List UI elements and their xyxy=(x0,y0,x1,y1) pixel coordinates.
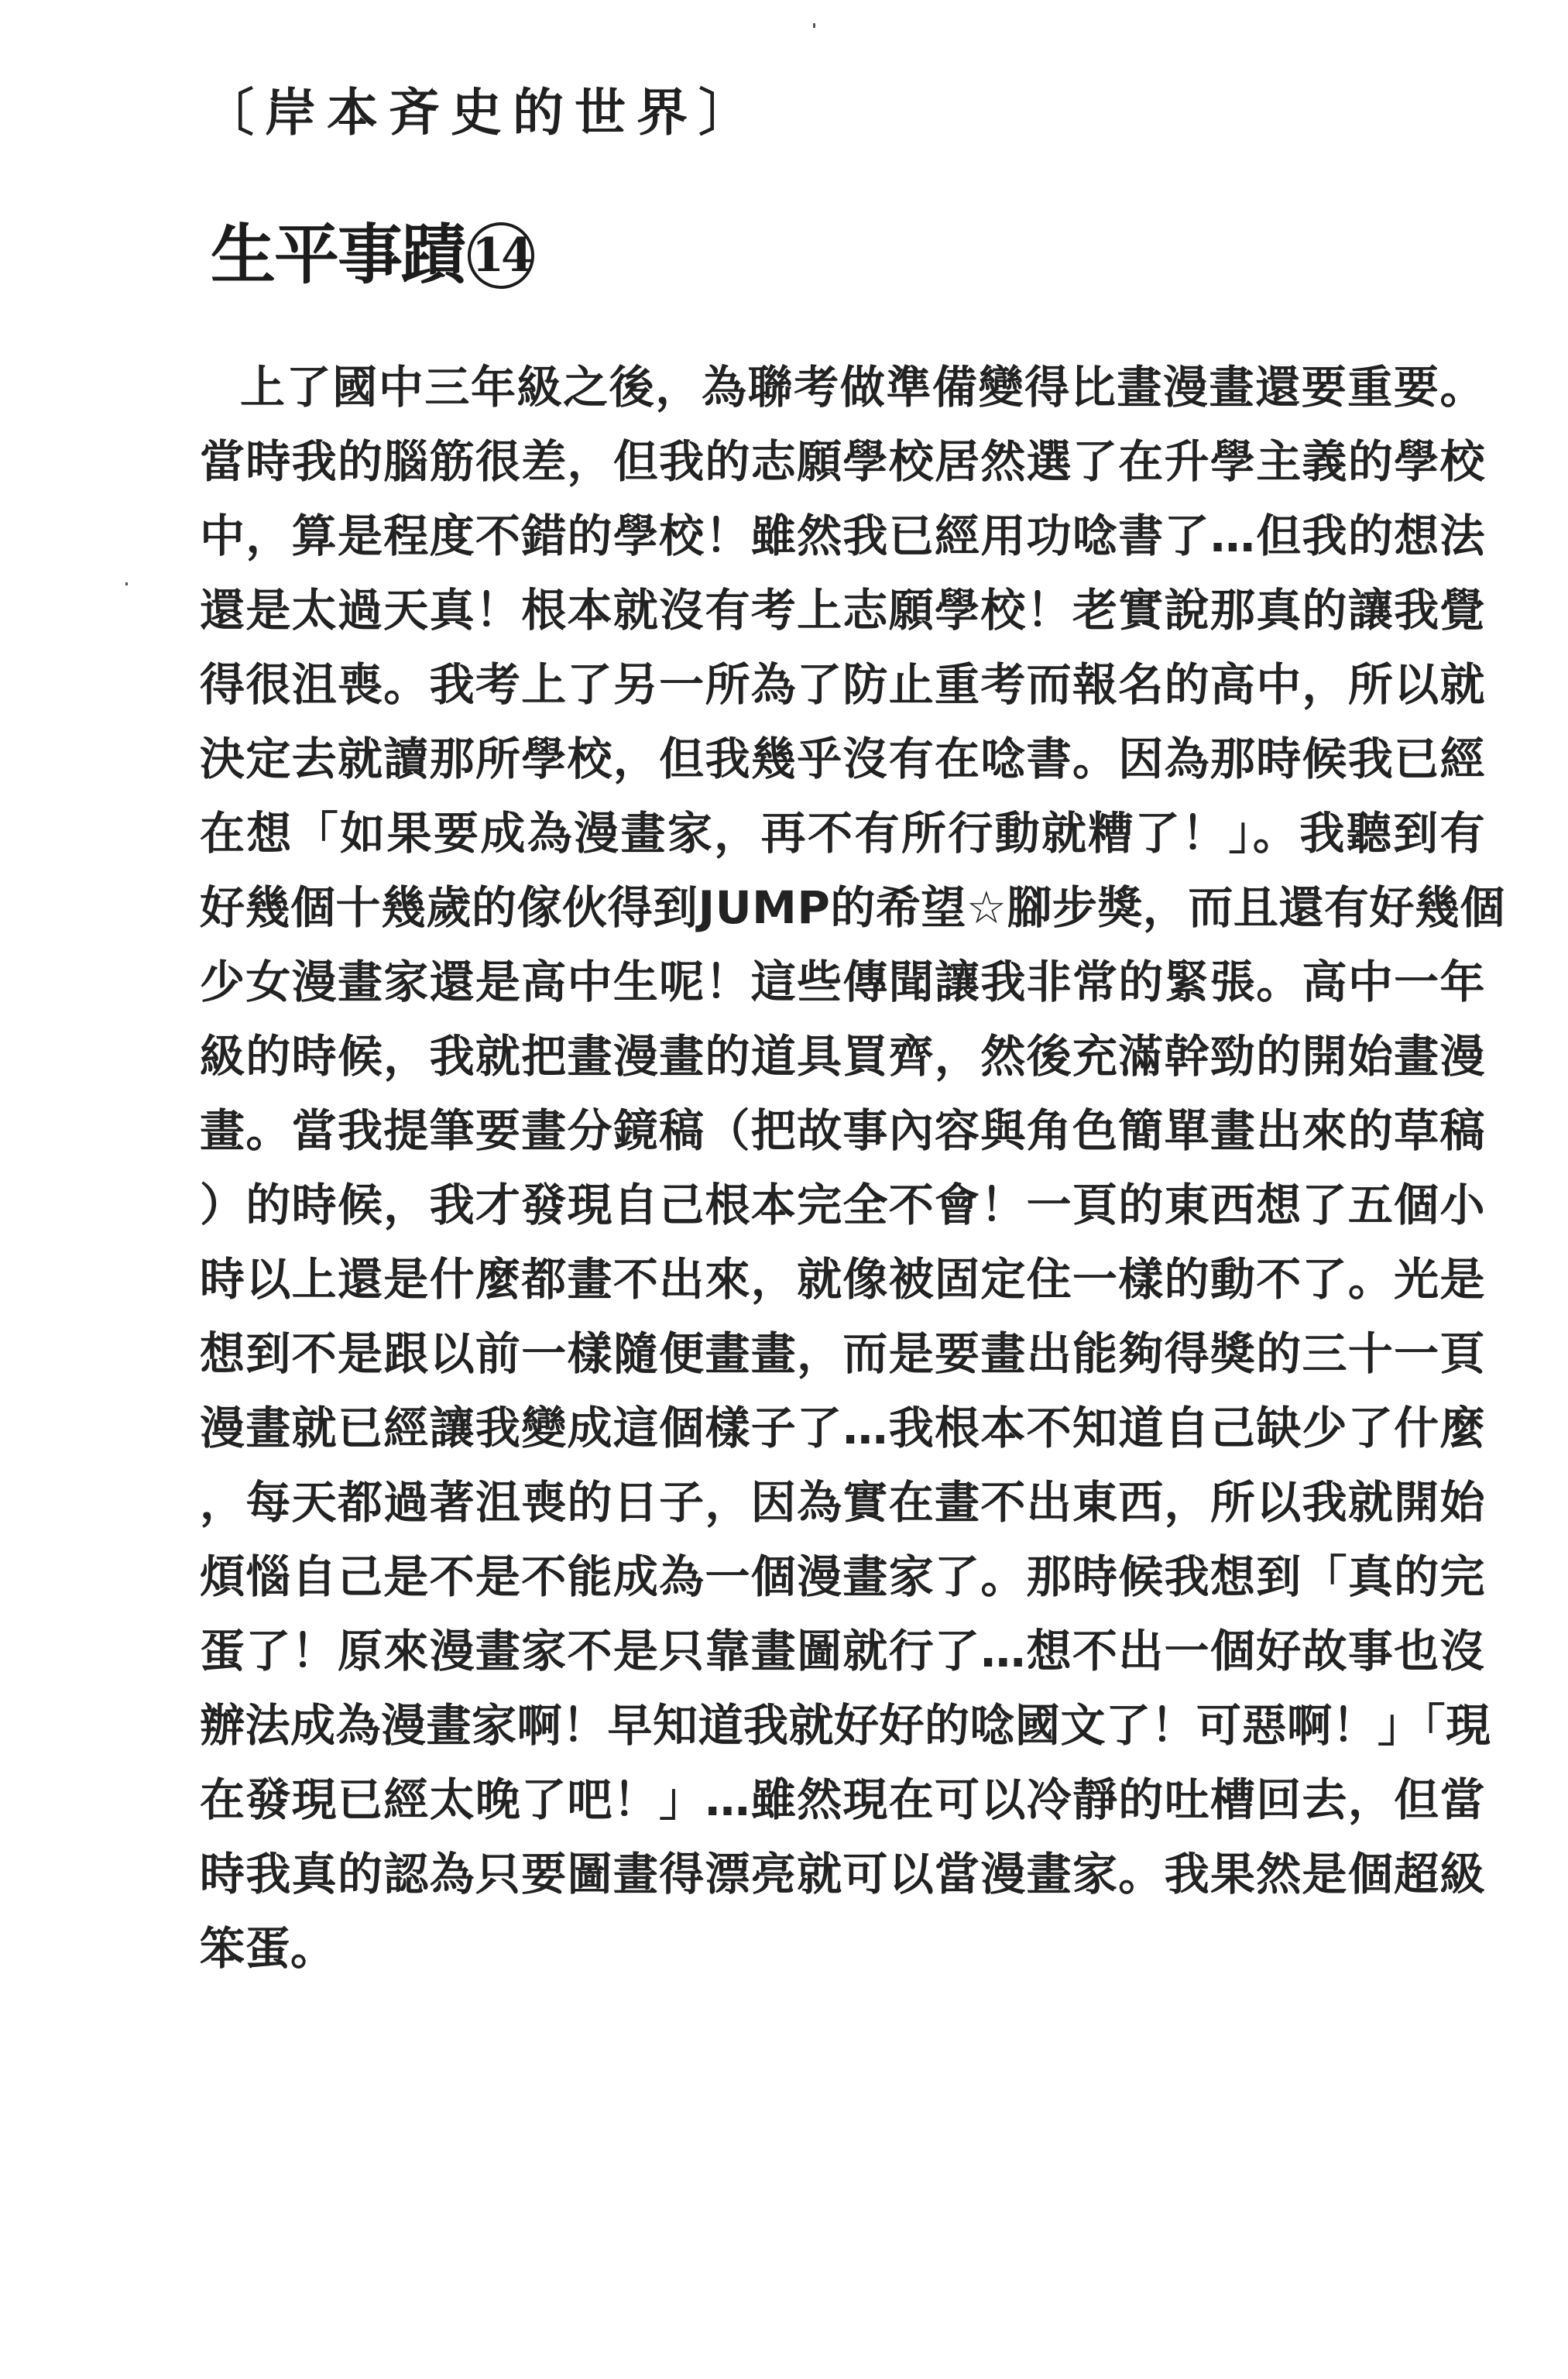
text-line: 得很沮喪。我考上了另一所為了防止重考而報名的高中，所以就 xyxy=(200,647,1485,722)
text-line: 煩惱自己是不是不能成為一個漫畫家了。那時候我想到「真的完 xyxy=(200,1540,1485,1614)
text-line: 笨蛋。 xyxy=(200,1911,1485,1986)
text-line: 漫畫就已經讓我變成這個樣子了…我根本不知道自己缺少了什麼 xyxy=(200,1391,1485,1465)
chapter-title-text: 生平事蹟 xyxy=(211,216,465,293)
text-line: 級的時候，我就把畫漫畫的道具買齊，然後充滿幹勁的開始畫漫 xyxy=(200,1019,1485,1093)
text-line: 辦法成為漫畫家啊！早知道我就好好的唸國文了！可惡啊！」「現 xyxy=(200,1688,1485,1763)
scan-speck xyxy=(813,23,815,28)
text-line: 決定去就讀那所學校，但我幾乎沒有在唸書。因為那時候我已經 xyxy=(200,722,1485,796)
book-page: 〔岸本斉史的世界〕 生平事蹟14 上了國中三年級之後，為聯考做準備變得比畫漫畫還… xyxy=(0,0,1568,2379)
text-line: ）的時候，我才發現自己根本完全不會！一頁的東西想了五個小 xyxy=(200,1168,1485,1242)
chapter-title: 生平事蹟14 xyxy=(211,203,534,297)
text-line: 在想「如果要成為漫畫家，再不有所行動就糟了！」。我聽到有 xyxy=(200,796,1485,870)
text-line: 上了國中三年級之後，為聯考做準備變得比畫漫畫還要重要。 xyxy=(200,350,1485,424)
chapter-number-circled: 14 xyxy=(468,222,534,289)
text-line: ，每天都過著沮喪的日子，因為實在畫不出東西，所以我就開始 xyxy=(200,1465,1485,1540)
text-line: 在發現已經太晚了吧！」…雖然現在可以冷靜的吐槽回去，但當 xyxy=(200,1763,1485,1837)
body-text: 上了國中三年級之後，為聯考做準備變得比畫漫畫還要重要。 當時我的腦筋很差，但我的… xyxy=(200,350,1485,1986)
text-line: 當時我的腦筋很差，但我的志願學校居然選了在升學主義的學校 xyxy=(200,424,1485,499)
text-line: 中，算是程度不錯的學校！雖然我已經用功唸書了…但我的想法 xyxy=(200,499,1485,573)
text-line: 好幾個十幾歲的傢伙得到JUMP的希望☆腳步獎，而且還有好幾個 xyxy=(200,870,1485,945)
text-line: 時我真的認為只要圖畫得漂亮就可以當漫畫家。我果然是個超級 xyxy=(200,1837,1485,1911)
text-line: 還是太過天真！根本就沒有考上志願學校！老實說那真的讓我覺 xyxy=(200,573,1485,647)
text-line: 想到不是跟以前一樣隨便畫畫，而是要畫出能夠得獎的三十一頁 xyxy=(200,1317,1485,1391)
text-line: 畫。當我提筆要畫分鏡稿（把故事內容與角色簡單畫出來的草稿 xyxy=(200,1093,1485,1168)
text-line: 少女漫畫家還是高中生呢！這些傳聞讓我非常的緊張。高中一年 xyxy=(200,945,1485,1019)
series-header: 〔岸本斉史的世界〕 xyxy=(203,71,760,145)
text-line: 時以上還是什麼都畫不出來，就像被固定住一樣的動不了。光是 xyxy=(200,1242,1485,1317)
scan-speck xyxy=(125,582,128,585)
text-line: 蛋了！原來漫畫家不是只靠畫圖就行了…想不出一個好故事也沒 xyxy=(200,1614,1485,1688)
